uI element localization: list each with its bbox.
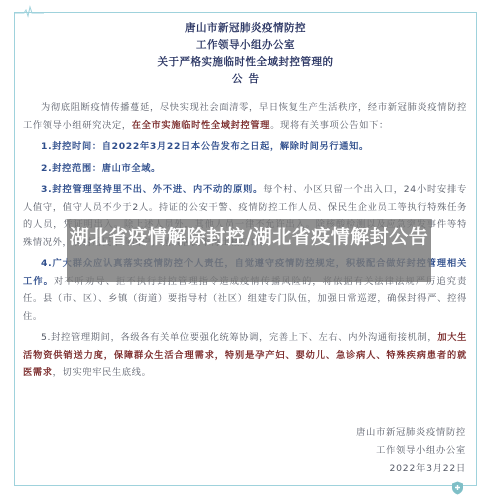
header-subject: 关于严格实施临时性全域封控管理的: [14, 54, 477, 71]
overlay-title: 湖北省疫情解除封控/湖北省疫情解封公告: [70, 226, 428, 248]
signature-block: 唐山市新冠肺炎疫情防控 工作领导小组办公室 2022年3月22日: [356, 424, 466, 478]
item-1-text: 1.封控时间：自2022年3月22日本公告发布之日起，解除时间另行通知。: [41, 141, 369, 152]
title-overlay-banner: 湖北省疫情解除封控/湖北省疫情解封公告: [67, 219, 431, 282]
header-org-line2: 工作领导小组办公室: [14, 37, 477, 54]
pulse-line-icon: [14, 4, 44, 18]
item-5: 5.封控管理期间，各级各有关单位要强化统筹协调，完善上下、左右、内外沟通衔接机制…: [23, 329, 467, 382]
header-notice-title: 公告: [14, 71, 477, 88]
item-5-text-end: ，切实兜牢民生底线。: [53, 367, 152, 378]
item-2: 2.封控范围：唐山市全域。: [23, 160, 467, 178]
signature-date: 2022年3月22日: [356, 460, 466, 478]
item-3-highlight: 3.封控管理坚持里不出、外不进、内不动的原则。: [41, 184, 263, 195]
signature-org-line1: 唐山市新冠肺炎疫情防控: [356, 424, 466, 442]
signature-org-line2: 工作领导小组办公室: [356, 442, 466, 460]
item-4-text: 对不听劝导、拒不执行封控管理指令造成疫情传播风险的，将依据有关法律法规严厉追究责…: [23, 276, 467, 322]
header-org-line1: 唐山市新冠肺炎疫情防控: [14, 20, 477, 37]
item-2-text: 2.封控范围：唐山市全域。: [41, 163, 161, 174]
document-header: 唐山市新冠肺炎疫情防控 工作领导小组办公室 关于严格实施临时性全域封控管理的 公…: [14, 20, 477, 88]
intro-text-end: 。现将有关事项公告如下：: [270, 120, 389, 131]
intro-paragraph: 为彻底阻断疫情传播蔓延，尽快实现社会面清零，早日恢复生产生活秩序，经市新冠肺炎疫…: [23, 99, 467, 134]
shield-plus-icon: [451, 481, 464, 495]
item-5-text: 5.封控管理期间，各级各有关单位要强化统筹协调，完善上下、左右、内外沟通衔接机制…: [41, 332, 437, 343]
intro-highlight: 在全市实施临时性全域封控管理: [132, 120, 270, 131]
item-1: 1.封控时间：自2022年3月22日本公告发布之日起，解除时间另行通知。: [23, 138, 467, 156]
